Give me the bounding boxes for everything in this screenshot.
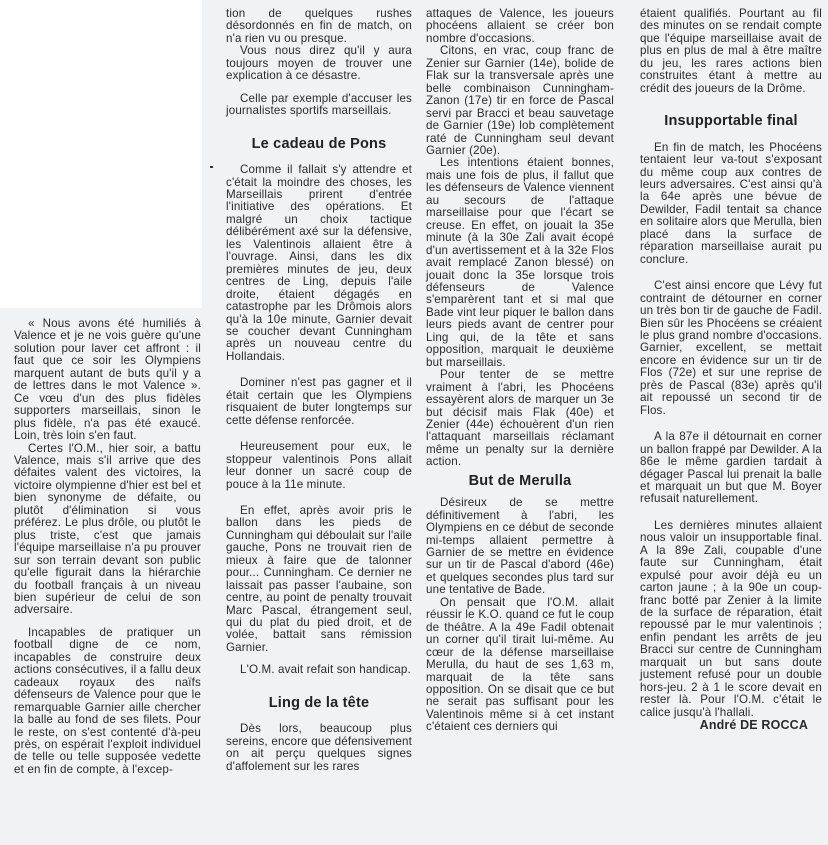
- paragraph: Heureusement pour eux, le stoppeur valen…: [226, 441, 412, 491]
- paragraph: Désireux de se mettre définitivement à l…: [426, 497, 614, 597]
- paragraph: attaques de Valence, les joueurs phocéen…: [426, 8, 614, 45]
- paragraph: « Nous avons été humiliés à Valence et j…: [14, 318, 201, 443]
- article-column-4: étaient qualifiés. Pourtant au fil des m…: [640, 8, 822, 732]
- author-signature: André DE ROCCA: [640, 719, 822, 731]
- subheading-ling-de-la-tete: Ling de la tête: [226, 697, 412, 709]
- blank-clipping-area: [0, 0, 202, 308]
- paragraph: Les intentions étaient bonnes, mais une …: [426, 157, 614, 369]
- paragraph: Comme il fallait s'y attendre et c'était…: [226, 164, 412, 363]
- paragraph: Vous nous direz qu'il y aura toujours mo…: [226, 45, 412, 82]
- paragraph: En effet, après avoir pris le ballon dan…: [226, 505, 412, 654]
- paragraph: Les dernières minutes allaient nous valo…: [640, 520, 822, 719]
- subheading-le-cadeau-de-pons: Le cadeau de Pons: [226, 138, 412, 150]
- paragraph: Pour tenter de se mettre vraiment à l'ab…: [426, 369, 614, 469]
- subheading-but-de-merulla: But de Merulla: [426, 475, 614, 487]
- article-column-2: tion de quelques rushes désordonnés en f…: [226, 8, 412, 773]
- paragraph: L'O.M. avait refait son handicap.: [226, 664, 412, 676]
- article-column-3: attaques de Valence, les joueurs phocéen…: [426, 8, 614, 734]
- paragraph: C'est ainsi encore que Lévy fut contrain…: [640, 280, 822, 417]
- paragraph: Dominer n'est pas gagner et il était cer…: [226, 377, 412, 427]
- paragraph: On pensait que l'O.M. allait réussir le …: [426, 597, 614, 734]
- paragraph: tion de quelques rushes désordonnés en f…: [226, 8, 412, 45]
- paragraph: Citons, en vrac, coup franc de Zenier su…: [426, 45, 614, 157]
- paragraph: étaient qualifiés. Pourtant au fil des m…: [640, 8, 822, 95]
- subheading-insupportable-final: Insupportable final: [640, 115, 822, 127]
- paragraph: Celle par exemple d'accuser les journali…: [226, 93, 412, 118]
- paragraph: Certes l'O.M., hier soir, a battu Valenc…: [14, 443, 201, 617]
- paragraph: En fin de match, les Phocéens tentaient …: [640, 142, 822, 267]
- paragraph: A la 87e il détournait en corner un ball…: [640, 431, 822, 506]
- print-speck: [210, 166, 213, 168]
- article-column-1: « Nous avons été humiliés à Valence et j…: [14, 318, 201, 776]
- paragraph: Dès lors, beaucoup plus sereins, encore …: [226, 723, 412, 773]
- paragraph: Incapables de pratiquer un football dign…: [14, 627, 201, 776]
